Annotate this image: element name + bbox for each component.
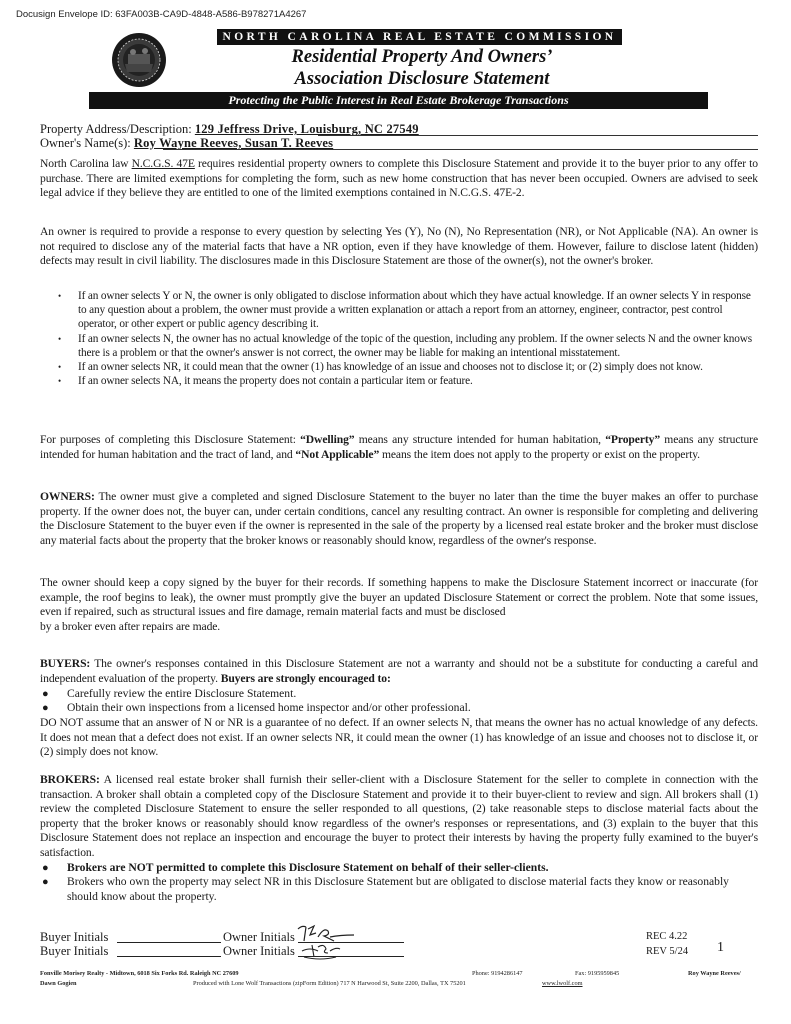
list-item: ●Obtain their own inspections from a lic…: [40, 701, 758, 715]
brokers-list: ●Brokers are NOT permitted to complete t…: [40, 861, 758, 904]
bullet-icon: ●: [42, 701, 49, 715]
list-item-text: If an owner selects NA, it means the pro…: [78, 375, 473, 387]
owner-underline: [163, 149, 758, 150]
list-item-text: If an owner selects Y or N, the owner is…: [78, 290, 751, 330]
ncgs-47e-link[interactable]: N.C.G.S. 47E: [132, 157, 195, 170]
buyers-list: ●Carefully review the entire Disclosure …: [40, 687, 758, 716]
owners-paragraph: OWNERS: The owner must give a completed …: [40, 490, 758, 548]
footer-fax: Fax: 9195959845: [575, 970, 619, 978]
list-item-text: Carefully review the entire Disclosure S…: [67, 687, 296, 700]
term-dwelling: “Dwelling”: [300, 433, 354, 446]
buyers-text: The owner's responses contained in this …: [40, 657, 758, 685]
bullet-icon: •: [58, 374, 61, 388]
definitions-text: means the item does not apply to the pro…: [379, 448, 700, 461]
brokers-paragraph: BROKERS: A licensed real estate broker s…: [40, 773, 758, 861]
list-item-text: Brokers who own the property may select …: [67, 875, 729, 902]
brokers-text: A licensed real estate broker shall furn…: [40, 773, 758, 859]
address-underline: [318, 135, 758, 136]
intro-paragraph: North Carolina law N.C.G.S. 47E requires…: [40, 157, 758, 201]
list-item: ●Brokers are NOT permitted to complete t…: [40, 861, 758, 875]
owner-name-label: Owner's Name(s):: [40, 136, 131, 150]
owners-update-text-end: by a broker even after repairs are made.: [40, 620, 220, 633]
bullet-icon: •: [58, 289, 61, 303]
owners-text: The owner must give a completed and sign…: [40, 490, 758, 547]
owner-initials-label-1: Owner Initials: [223, 930, 295, 944]
list-item: ●Brokers who own the property may select…: [40, 875, 758, 904]
rec-number: REC 4.22: [646, 931, 687, 942]
tagline-banner: Protecting the Public Interest in Real E…: [89, 92, 708, 109]
nc-commission-seal-icon: [111, 30, 167, 90]
commission-banner: NORTH CAROLINA REAL ESTATE COMMISSION: [217, 29, 622, 45]
term-not-applicable: “Not Applicable”: [295, 448, 379, 461]
intro-text-start: North Carolina law: [40, 157, 132, 170]
owners-heading: OWNERS:: [40, 490, 95, 503]
owner-initials-label-2: Owner Initials: [223, 944, 295, 958]
list-item-text: If an owner selects N, the owner has no …: [78, 333, 752, 359]
website-link-text[interactable]: www.lwolf.com: [542, 980, 583, 987]
list-item: •If an owner selects N, the owner has no…: [58, 332, 758, 360]
owners-update-paragraph: The owner should keep a copy signed by t…: [40, 576, 758, 634]
property-address-value[interactable]: 129 Jeffress Drive, Louisburg, NC 27549: [195, 122, 419, 136]
response-options-list: •If an owner selects Y or N, the owner i…: [58, 289, 758, 388]
list-item: •If an owner selects NR, it could mean t…: [58, 360, 758, 374]
bullet-icon: ●: [42, 875, 49, 889]
buyers-paragraph: BUYERS: The owner's responses contained …: [40, 657, 758, 686]
list-item-text: Obtain their own inspections from a lice…: [67, 701, 471, 714]
buyers-warning-paragraph: DO NOT assume that an answer of N or NR …: [40, 716, 758, 760]
definitions-paragraph: For purposes of completing this Disclosu…: [40, 433, 758, 462]
page-number: 1: [717, 940, 724, 956]
list-item: ●Carefully review the entire Disclosure …: [40, 687, 758, 701]
revision-date: REV 5/24: [646, 946, 688, 957]
buyers-encouraged: Buyers are strongly encouraged to:: [221, 672, 391, 685]
response-options-paragraph: An owner is required to provide a respon…: [40, 225, 758, 269]
footer-website-link[interactable]: www.lwolf.com: [542, 980, 583, 988]
docusign-envelope-id: Docusign Envelope ID: 63FA003B-CA9D-4848…: [16, 9, 306, 20]
buyer-initials-label-2: Buyer Initials: [40, 944, 108, 958]
buyer-initials-field-1[interactable]: [117, 942, 221, 943]
owner-name-value[interactable]: Roy Wayne Reeves, Susan T. Reeves: [134, 136, 333, 150]
buyer-initials-label-1: Buyer Initials: [40, 930, 108, 944]
definitions-text: For purposes of completing this Disclosu…: [40, 433, 300, 446]
term-property: “Property”: [605, 433, 660, 446]
buyer-initials-field-2[interactable]: [117, 956, 221, 957]
buyers-heading: BUYERS:: [40, 657, 90, 670]
bullet-icon: ●: [42, 861, 49, 875]
property-address-row: Property Address/Description: 129 Jeffre…: [40, 122, 419, 136]
property-address-label: Property Address/Description:: [40, 122, 192, 136]
footer-agent: Dawn Gogien: [40, 980, 77, 988]
list-item: •If an owner selects NA, it means the pr…: [58, 374, 758, 388]
definitions-text: means any structure intended for human h…: [354, 433, 605, 446]
list-item: •If an owner selects Y or N, the owner i…: [58, 289, 758, 332]
footer-produced-by: Produced with Lone Wolf Transactions (zi…: [193, 980, 466, 988]
owner-signature-initials-2-icon: [300, 941, 350, 966]
form-title-line-2: Association Disclosure Statement: [232, 69, 612, 90]
list-item-text: Brokers are NOT permitted to complete th…: [67, 861, 549, 874]
owner-name-row: Owner's Name(s): Roy Wayne Reeves, Susan…: [40, 136, 333, 150]
brokers-heading: BROKERS:: [40, 773, 100, 786]
bullet-icon: •: [58, 360, 61, 374]
bullet-icon: ●: [42, 687, 49, 701]
footer-phone: Phone: 9194286147: [472, 970, 523, 978]
footer-document-name: Roy Wayne Reeves/: [688, 970, 741, 978]
footer-brokerage: Fonville Morisey Realty - Midtown, 6018 …: [40, 970, 239, 978]
bullet-icon: •: [58, 332, 61, 346]
form-title-line-1: Residential Property And Owners’: [232, 47, 612, 68]
list-item-text: If an owner selects NR, it could mean th…: [78, 361, 703, 373]
owners-update-text: The owner should keep a copy signed by t…: [40, 576, 758, 618]
